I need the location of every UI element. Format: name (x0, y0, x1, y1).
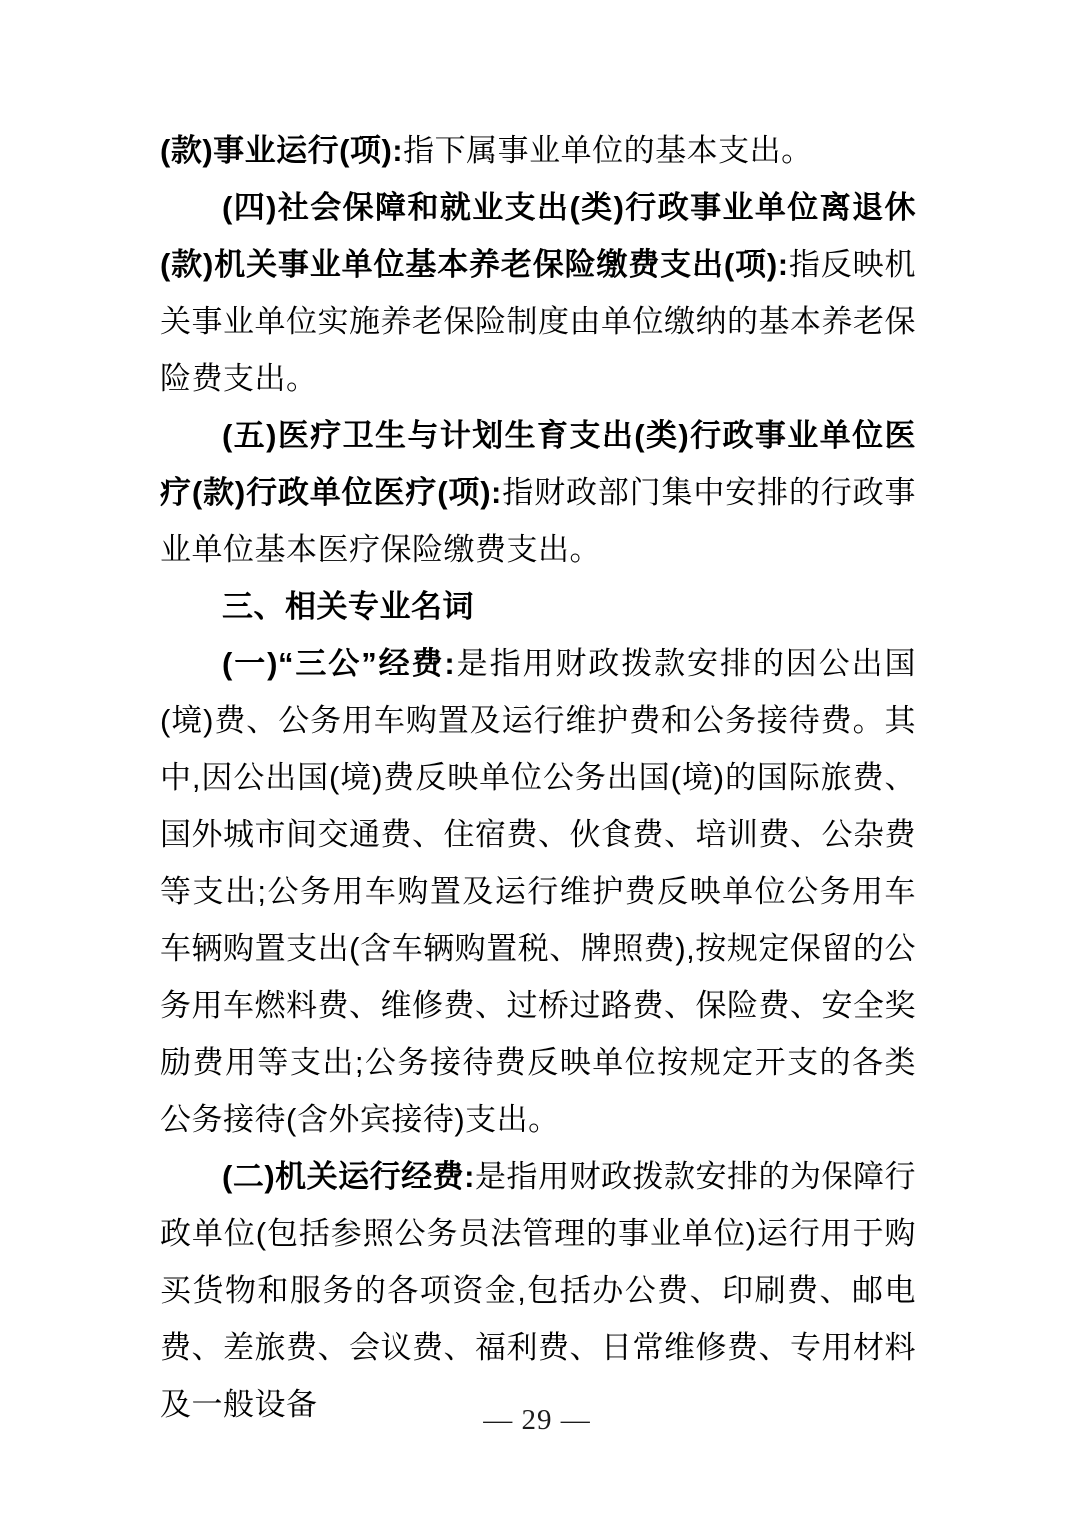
paragraph-body: 是指用财政拨款安排的因公出国(境)费、公务用车购置及运行维护费和公务接待费。其中… (160, 646, 916, 1137)
paragraph-item-4-social-security: (四)社会保障和就业支出(类)行政事业单位离退休(款)机关事业单位基本养老保险缴… (160, 179, 916, 407)
paragraph-body: 指下属事业单位的基本支出。 (403, 133, 813, 168)
page-number-footer: — 29 — (0, 1400, 1074, 1440)
paragraph-item-5-medical: (五)医疗卫生与计划生育支出(类)行政事业单位医疗(款)行政单位医疗(项):指财… (160, 407, 916, 578)
paragraph-continuation-shiyeyunxing: (款)事业运行(项):指下属事业单位的基本支出。 (160, 122, 916, 179)
paragraph-lead: (款)事业运行(项): (160, 133, 403, 168)
paragraph-term-1-sangong-funds: (一)“三公”经费:是指用财政拨款安排的因公出国(境)费、公务用车购置及运行维护… (160, 635, 916, 1148)
section-heading-professional-terms: 三、相关专业名词 (160, 578, 916, 635)
section-heading-text: 三、相关专业名词 (222, 589, 474, 624)
document-page: (款)事业运行(项):指下属事业单位的基本支出。 (四)社会保障和就业支出(类)… (0, 0, 1074, 1518)
paragraph-lead: (一)“三公”经费: (222, 646, 455, 681)
page-number: — 29 — (483, 1404, 591, 1436)
paragraph-term-2-agency-operating-funds: (二)机关运行经费:是指用财政拨款安排的为保障行政单位(包括参照公务员法管理的事… (160, 1148, 916, 1433)
document-content: (款)事业运行(项):指下属事业单位的基本支出。 (四)社会保障和就业支出(类)… (160, 122, 916, 1433)
paragraph-lead: (二)机关运行经费: (222, 1159, 475, 1194)
paragraph-body: 是指用财政拨款安排的为保障行政单位(包括参照公务员法管理的事业单位)运行用于购买… (160, 1159, 916, 1422)
